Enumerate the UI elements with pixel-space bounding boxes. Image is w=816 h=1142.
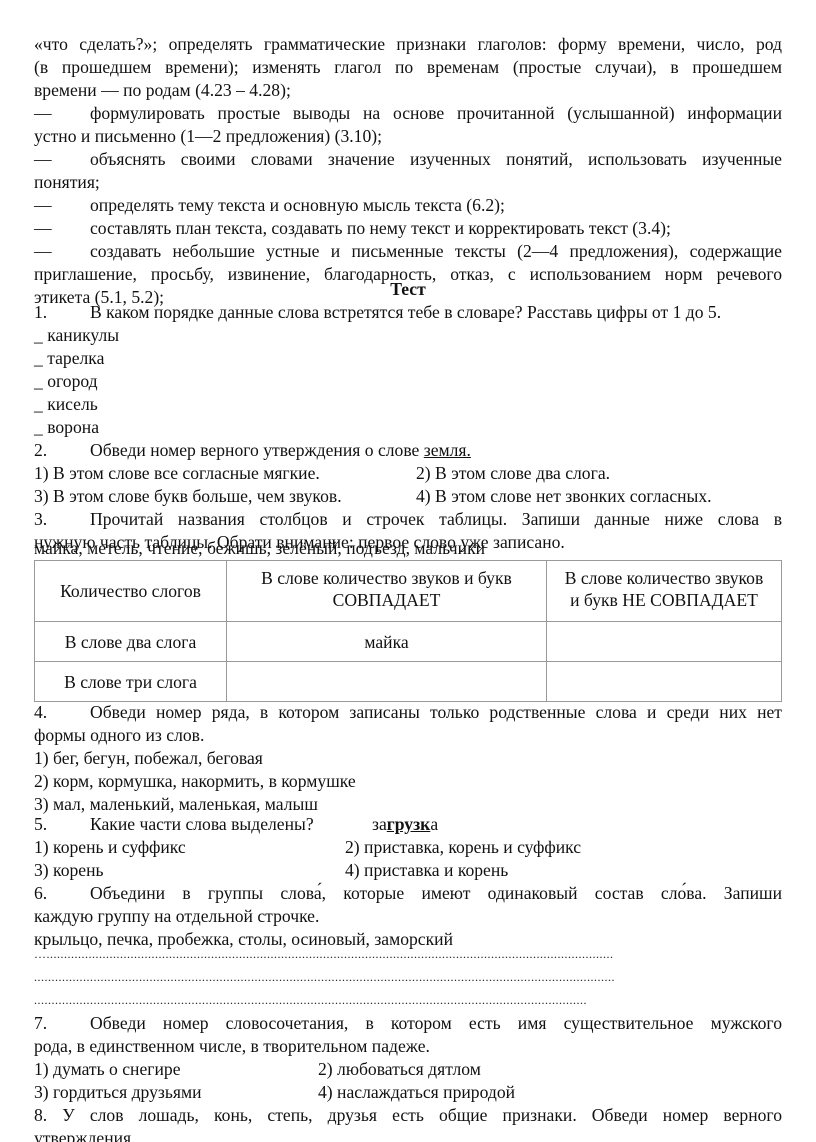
bullet-continuation: устно и письменно (1—2 предложения) (3.1… [34, 125, 382, 147]
dash-marker: — [34, 148, 90, 170]
bullet-item: —составлять план текста, создавать по не… [34, 217, 671, 239]
table-row-label: В слове три слога [35, 662, 227, 702]
bullet-item: —формулировать простые выводы на основе … [34, 102, 782, 124]
option-1[interactable]: 1) думать о снегире [34, 1058, 181, 1080]
option-3[interactable]: 3) В этом слове букв больше, чем звуков. [34, 485, 342, 507]
table-header-cell: Количество слогов [35, 561, 227, 622]
test-title: Тест [34, 278, 782, 300]
option-2[interactable]: 2) любоваться дятлом [318, 1058, 481, 1080]
question-5: 5.Какие части слова выделены? [34, 813, 314, 835]
option-4[interactable]: 4) В этом слове нет звонких согласных. [416, 485, 712, 507]
answer-blank-item[interactable]: _ огород [34, 370, 98, 392]
table-row-label: В слове два слога [35, 622, 227, 662]
bullet-item: —определять тему текста и основную мысль… [34, 194, 505, 216]
question-4: 4.Обведи номер ряда, в котором записаны … [34, 701, 782, 723]
question-2: 2.Обведи номер верного утверждения о сло… [34, 439, 471, 461]
answer-blank-item[interactable]: _ каникулы [34, 324, 119, 346]
question-6: 6.Объедини в группы слова́, которые имею… [34, 882, 782, 904]
option-3[interactable]: 3) мал, маленький, маленькая, малыш [34, 793, 318, 815]
classification-table: Количество слогов В слове количество зву… [34, 560, 782, 702]
table-cell[interactable] [227, 662, 547, 702]
bullet-item: —объяснять своими словами значение изуче… [34, 148, 782, 170]
table-cell[interactable] [547, 622, 782, 662]
table-cell[interactable] [547, 662, 782, 702]
question-7-continuation: рода, в единственном числе, в творительн… [34, 1035, 430, 1057]
question-8: 8. У слов лошадь, конь, степь, друзья ес… [34, 1104, 782, 1126]
dash-marker: — [34, 102, 90, 124]
option-3[interactable]: 3) гордиться друзьями [34, 1081, 202, 1103]
option-3[interactable]: 3) корень [34, 859, 104, 881]
option-4[interactable]: 4) наслаждаться природой [318, 1081, 515, 1103]
option-4[interactable]: 4) приставка и корень [345, 859, 508, 881]
table-cell[interactable]: майка [227, 622, 547, 662]
table-row: В слове два слога майка [35, 622, 782, 662]
bullet-item: —создавать небольшие устные и письменные… [34, 240, 782, 262]
answer-blank-item[interactable]: _ тарелка [34, 347, 104, 369]
question-6-continuation: каждую группу на отдельной строчке. [34, 905, 319, 927]
answer-line[interactable]: ….......................................… [34, 947, 754, 961]
option-1[interactable]: 1) В этом слове все согласные мягкие. [34, 462, 320, 484]
parsed-word: загрузка [372, 813, 438, 835]
option-2[interactable]: 2) приставка, корень и суффикс [345, 836, 581, 858]
answer-blank-item[interactable]: _ ворона [34, 416, 99, 438]
intro-line: (в прошедшем времени); изменять глагол п… [34, 56, 782, 78]
option-2[interactable]: 2) В этом слове два слога. [416, 462, 610, 484]
question-4-continuation: формы одного из слов. [34, 724, 204, 746]
question-3: 3.Прочитай названия столбцов и строчек т… [34, 508, 782, 530]
question-8-continuation: утверждения. [34, 1127, 136, 1142]
bullet-continuation: понятия; [34, 171, 100, 193]
table-header-cell: В слове количество звукови букв НЕ СОВПА… [547, 561, 782, 622]
table-row: В слове три слога [35, 662, 782, 702]
highlighted-morphemes: грузк [387, 814, 431, 834]
dash-marker: — [34, 217, 90, 239]
target-word: земля. [424, 440, 471, 460]
question-7: 7.Обведи номер словосочетания, в котором… [34, 1012, 782, 1034]
answer-line[interactable]: ........................................… [34, 970, 754, 984]
dash-marker: — [34, 194, 90, 216]
option-1[interactable]: 1) бег, бегун, побежал, беговая [34, 747, 263, 769]
question-1: 1.В каком порядке данные слова встретятс… [34, 301, 721, 323]
table-header-row: Количество слогов В слове количество зву… [35, 561, 782, 622]
option-2[interactable]: 2) корм, кормушка, накормить, в кормушке [34, 770, 356, 792]
intro-line: «что сделать?»; определять грамматически… [34, 33, 782, 55]
dash-marker: — [34, 240, 90, 262]
answer-blank-item[interactable]: _ кисель [34, 393, 98, 415]
option-1[interactable]: 1) корень и суффикс [34, 836, 186, 858]
table-header-cell: В слове количество звуков и буквСОВПАДАЕ… [227, 561, 547, 622]
answer-line[interactable]: ........................................… [34, 993, 712, 1007]
word-list: майка, метель, чтение, бежишь, зелёный, … [34, 537, 485, 559]
intro-line: времени — по родам (4.23 – 4.28); [34, 79, 291, 101]
